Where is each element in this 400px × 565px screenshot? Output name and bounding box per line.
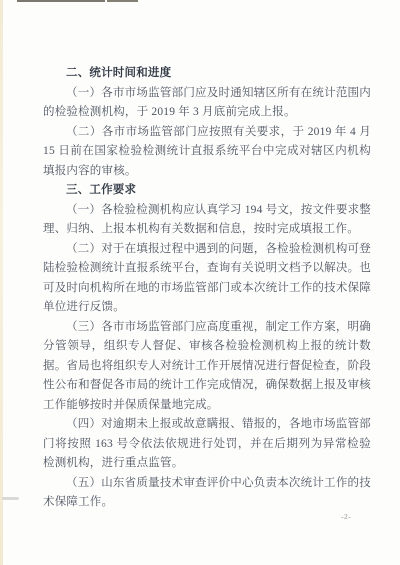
paragraph: （二）各市市场监管部门应按照有关要求，于 2019 年 4 月 15 日前在国家…	[43, 123, 371, 182]
section-heading: 三、工作要求	[43, 181, 371, 201]
scan-top-edge-artifact	[17, 0, 105, 2]
section-heading: 二、统计时间和进度	[43, 64, 371, 84]
page-number: -2-	[341, 512, 351, 522]
section-statistics-time: 二、统计时间和进度 （一）各市市场监管部门应及时通知辖区所有在统计范围内的检验检…	[43, 64, 371, 181]
section-work-requirements: 三、工作要求 （一）各检验检测机构应认真学习 194 号文，按文件要求整理、归纳…	[43, 181, 371, 513]
paragraph: （一）各市市场监管部门应及时通知辖区所有在统计范围内的检验检测机构，于 2019…	[43, 84, 371, 123]
paragraph: （一）各检验检测机构应认真学习 194 号文，按文件要求整理、归纳、上报本机构有…	[43, 201, 371, 240]
scan-left-edge-artifact	[0, 0, 3, 565]
paragraph: （五）山东省质量技术审查评价中心负责本次统计工作的技术保障工作。	[43, 474, 371, 513]
scan-top-edge-artifact-2	[107, 0, 138, 2]
scan-smudge-artifact	[2, 497, 19, 500]
document-body: 二、统计时间和进度 （一）各市市场监管部门应及时通知辖区所有在统计范围内的检验检…	[43, 64, 371, 513]
paragraph: （三）各市市场监管部门应高度重视，制定工作方案，明确分管领导，组织专人督促、审核…	[43, 318, 371, 416]
paragraph: （二）对于在填报过程中遇到的问题，各检验检测机构可登陆检验检测统计直报系统平台，…	[43, 240, 371, 318]
scanned-document-page: 二、统计时间和进度 （一）各市市场监管部门应及时通知辖区所有在统计范围内的检验检…	[0, 0, 400, 565]
paragraph: （四）对逾期未上报或故意瞒报、错报的，各地市场监管部门将按照 163 号令依法依…	[43, 415, 371, 474]
